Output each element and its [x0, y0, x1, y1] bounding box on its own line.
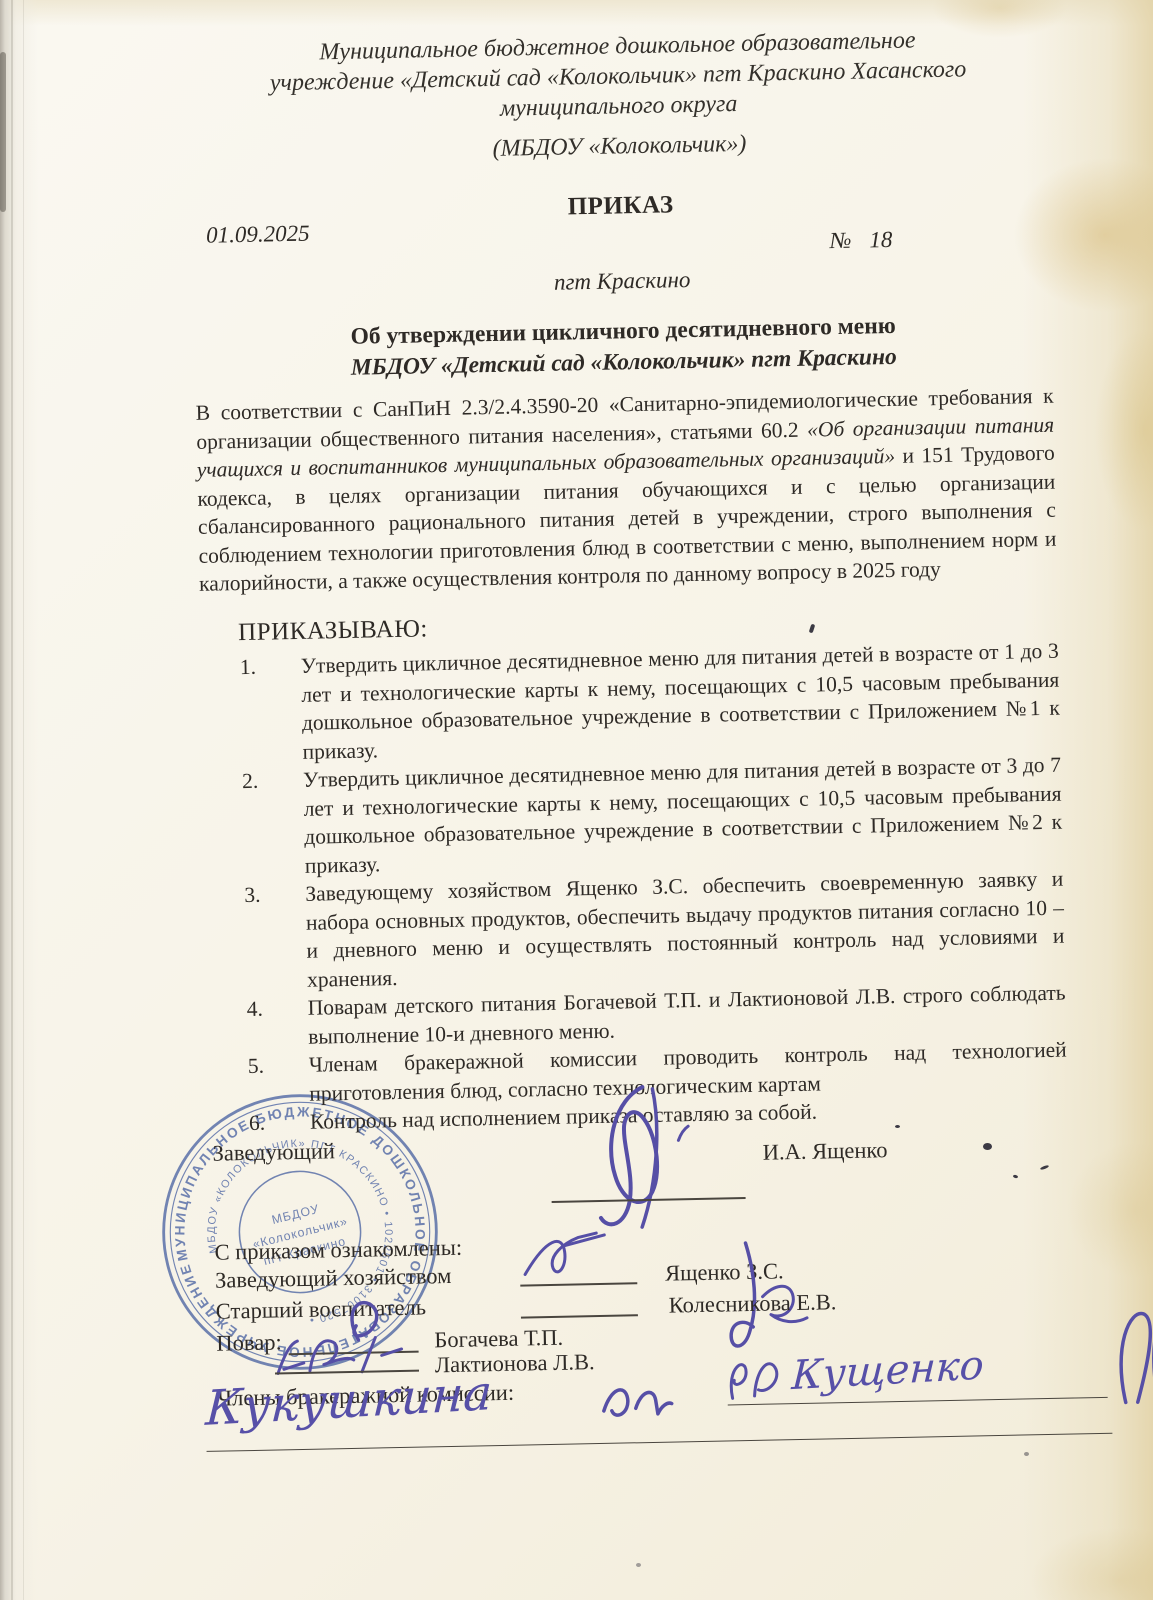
ink-speck	[1024, 1452, 1029, 1456]
order-number: №18	[829, 227, 892, 254]
item-number: 1.	[240, 652, 303, 767]
ack-row-name: Колесникова Е.В.	[668, 1289, 836, 1318]
order-item-1: 1.Утвердить цикличное десятидневное меню…	[201, 637, 1061, 768]
preamble-paragraph: В соответствии с СанПиН 2.3/2.4.3590-20 …	[195, 382, 1057, 599]
item-number: 3.	[244, 880, 307, 995]
commission-signature-initials	[720, 1349, 791, 1410]
ack-row-label: Заведующий хозяйством	[215, 1263, 452, 1294]
item-number: 4.	[246, 994, 308, 1052]
item-text: Утвердить цикличное десятидневное меню д…	[301, 637, 1061, 766]
order-item-3: 3.Заведующему хозяйством Ященко З.С. обе…	[205, 865, 1065, 996]
ink-speck	[983, 1143, 992, 1150]
commission-handwritten-name-1: Кущенко	[791, 1342, 985, 1399]
commission-signature-flourish	[1102, 1301, 1153, 1428]
document-page: МУНИЦИПАЛЬНОЕ БЮДЖЕТНОЕ ДОШКОЛЬНОЕ ОБРАЗ…	[0, 0, 1153, 1600]
number-sign: №	[829, 228, 851, 253]
commission-signature-flourish-2	[595, 1375, 676, 1437]
scan-edge-shadow	[0, 52, 6, 212]
ack-row-signature-line	[521, 1314, 638, 1318]
order-items-list: 1.Утвердить цикличное десятидневное меню…	[201, 637, 1069, 1139]
director-label: Заведующий	[212, 1138, 335, 1166]
number-value: 18	[869, 227, 892, 252]
organization-abbreviation: (МБДОУ «Колокольчик»)	[190, 125, 1048, 169]
order-item-2: 2.Утвердить цикличное десятидневное меню…	[203, 751, 1063, 882]
organization-name: Муниципальное бюджетное дошкольное образ…	[188, 23, 1048, 130]
signatures-block: Заведующий И.А. Ященко С приказом ознако…	[210, 1106, 1077, 1573]
order-date: 01.09.2025	[206, 221, 310, 249]
item-text: Утвердить цикличное десятидневное меню д…	[303, 751, 1063, 880]
ink-speck	[636, 1563, 641, 1567]
commission-handwritten-name-2: Кукушкина	[204, 1365, 493, 1437]
acknowledged-heading: С приказом ознакомлены:	[214, 1235, 462, 1266]
director-signature	[547, 1077, 760, 1231]
item-number: 2.	[242, 766, 305, 881]
document-content: Муниципальное бюджетное дошкольное образ…	[188, 11, 1077, 1568]
scan-edge-streak	[23, 0, 24, 1600]
item-text: Заведующему хозяйством Ященко З.С. обесп…	[305, 865, 1065, 994]
ack-row-signature	[512, 1224, 643, 1289]
ink-speck	[895, 1125, 900, 1128]
director-name: И.А. Ященко	[762, 1137, 887, 1165]
ack-row-name: Богачева Т.П.	[434, 1325, 563, 1354]
item-number: 5.	[248, 1051, 310, 1109]
scan-edge-streak	[11, 0, 13, 1600]
